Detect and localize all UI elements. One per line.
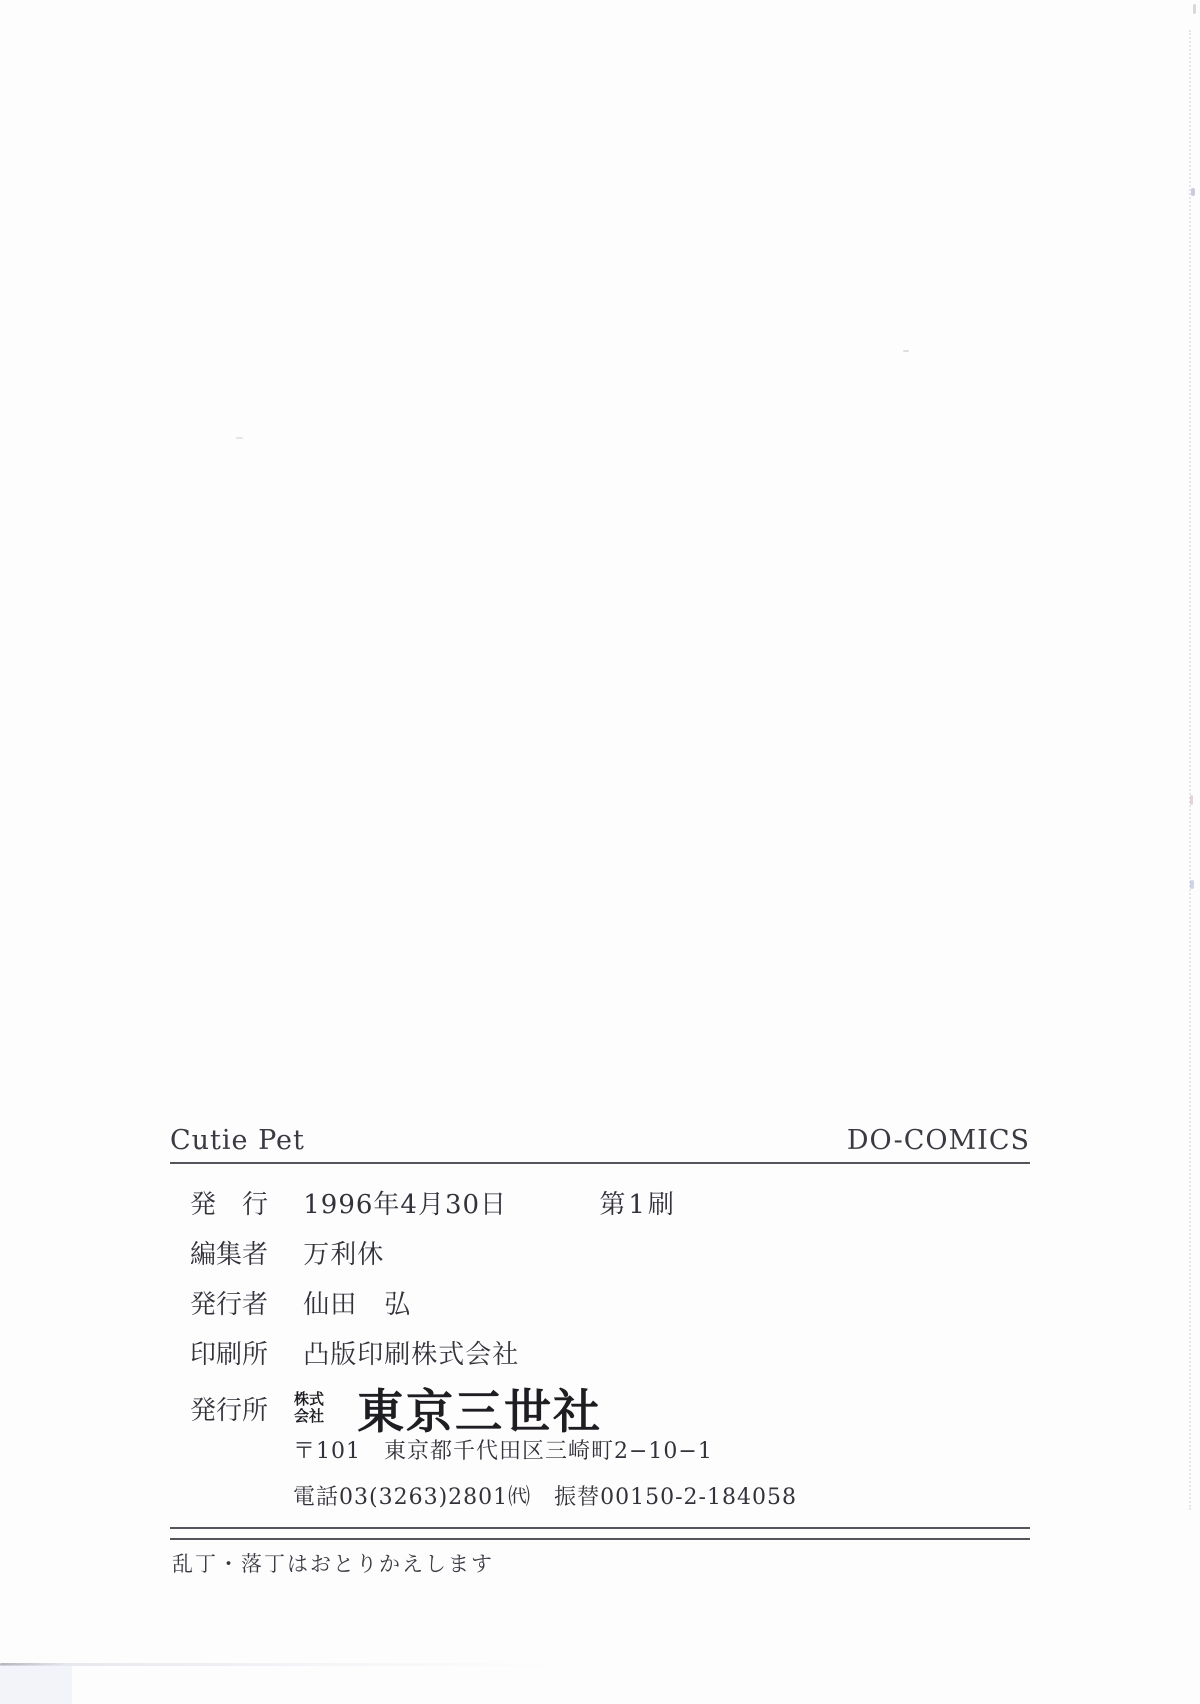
bottom-left-corner-tint — [0, 1665, 72, 1704]
printing-number: 第1刷 — [599, 1190, 677, 1220]
publisher-phone: 電話03(3263)2801㈹ 振替00150-2-184058 — [293, 1480, 797, 1511]
publication-info: 発 行 1996年4月30日 第1刷 編集者 万利休 発行者 仙田 弘 印刷所 … — [190, 1180, 677, 1380]
row-publication-date: 発 行 1996年4月30日 第1刷 — [190, 1180, 677, 1230]
bottom-edge-scan-smudge — [0, 1663, 560, 1666]
series-title: Cutie Pet — [170, 1125, 305, 1156]
editor-value: 万利休 — [303, 1240, 384, 1270]
page-edge-scan-artifact — [1189, 30, 1191, 1510]
publisher-label: 発行所 — [190, 1390, 270, 1427]
corporation-mark-bottom: 会社 — [294, 1407, 324, 1425]
scan-speck — [1190, 880, 1194, 889]
issuer-value: 仙田 弘 — [303, 1290, 411, 1320]
row-editor: 編集者 万利休 — [190, 1230, 677, 1280]
scanned-colophon-page: Cutie Pet DO-COMICS 発 行 1996年4月30日 第1刷 編… — [0, 0, 1200, 1704]
editor-label: 編集者 — [190, 1230, 270, 1280]
scan-speck — [1193, 4, 1196, 14]
issuer-label: 発行者 — [190, 1280, 270, 1330]
replacement-note: 乱丁・落丁はおとりかえします — [172, 1548, 494, 1578]
publisher-address: 〒101 東京都千代田区三崎町2−10−1 — [293, 1434, 713, 1465]
row-printer: 印刷所 凸版印刷株式会社 — [190, 1330, 677, 1380]
scan-speck — [1191, 188, 1195, 196]
colophon-header: Cutie Pet DO-COMICS — [170, 1120, 1030, 1164]
corporation-mark: 株式 会社 — [294, 1391, 324, 1425]
double-rule-divider — [170, 1527, 1030, 1540]
row-issuer: 発行者 仙田 弘 — [190, 1280, 677, 1330]
corporation-mark-top: 株式 — [294, 1390, 324, 1408]
printer-value: 凸版印刷株式会社 — [303, 1340, 519, 1370]
publication-date-value: 1996年4月30日 — [303, 1190, 507, 1220]
imprint-label: DO-COMICS — [847, 1125, 1030, 1156]
publisher-name-logo: 東京三世社 — [357, 1375, 602, 1442]
publication-date-label: 発 行 — [190, 1180, 270, 1230]
scan-speck — [1190, 795, 1193, 805]
printer-label: 印刷所 — [190, 1330, 270, 1380]
scan-speck — [903, 350, 909, 352]
row-publisher: 発行所 株式 会社 東京三世社 — [190, 1383, 602, 1433]
scan-speck — [236, 437, 243, 439]
